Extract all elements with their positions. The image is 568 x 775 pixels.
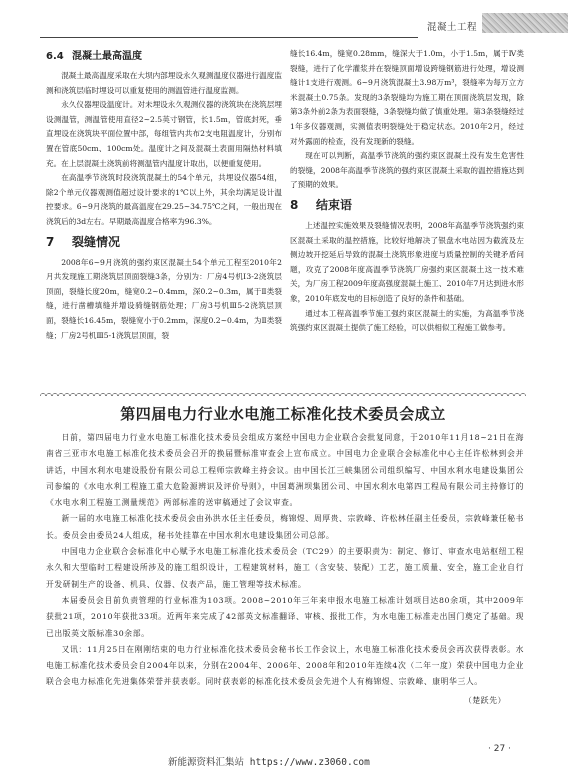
section-heading-8: 8结束语 — [290, 197, 524, 213]
right-column: 缝长16.4m，缝宽0.28mm，缝深大于1.0m，小于1.5m，属于Ⅳ类裂缝，… — [290, 47, 524, 336]
paragraph: 上述温控实施效果及裂缝情况表明，2008年高温季节浇筑强约束区混凝土采取的温控措… — [290, 219, 524, 307]
news-title: 第四届电力行业水电施工标准化技术委员会成立 — [40, 403, 526, 424]
news-paragraph: 日前，第四届电力行业水电施工标准化技术委员会组成方案经中国电力企业联合会批复同意… — [46, 430, 524, 511]
section-heading-7: 7裂缝情况 — [46, 234, 282, 250]
footer-watermark: 新能源资料汇集站 https://www.z3060.com — [168, 754, 370, 768]
decorative-wavy-divider — [40, 390, 526, 396]
news-paragraph: 又讯：11月25日在刚刚结束的电力行业标准化技术委员会秘书长工作会议上，水电施工… — [46, 642, 524, 691]
paragraph-continued: 缝长16.4m，缝宽0.28mm，缝深大于1.0m，小于1.5m，属于Ⅳ类裂缝，… — [290, 47, 524, 149]
paragraph: 现在可以判断，高温季节浇筑的强约束区混凝土没有发生危害性的裂缝，2008年高温季… — [290, 149, 524, 193]
news-paragraph: 中国电力企业联合会标准化中心赋予水电施工标准化技术委员会（TC29）的主要职责为… — [46, 544, 524, 593]
left-column: 6.4混凝土最高温度 混凝土最高温度采取在大坝内部埋设永久观测温度仪器进行温度监… — [46, 47, 282, 343]
news-body: 日前，第四届电力行业水电施工标准化技术委员会组成方案经中国电力企业联合会批复同意… — [46, 430, 524, 709]
paragraph: 2008年6~9月浇筑的强约束区混凝土54个单元工程至2010年2月共发现施工期… — [46, 256, 282, 344]
page-number: · 27 · — [488, 744, 511, 754]
paragraph: 在高温季节浇筑时段浇筑混凝土的54个单元，共埋设仪器54组，除2个单元仪器观测值… — [46, 171, 282, 229]
news-paragraph: 新一届的水电施工标准化技术委员会由孙洪水任主任委员，梅锦煜、周厚贵、宗敦峰、许松… — [46, 511, 524, 544]
paragraph: 通过本工程高温季节施工强约束区混凝土的实施，为高温季节浇筑强约束区混凝土提供了施… — [290, 307, 524, 336]
paragraph: 混凝土最高温度采取在大坝内部埋设永久观测温度仪器进行温度监测和浇筑层临时埋设可以… — [46, 69, 282, 98]
header-rule — [40, 37, 418, 38]
running-header-section: 混凝土工程 — [427, 19, 477, 33]
paragraph: 永久仪器埋设温度计。对未埋设永久观测仪器的浇筑块在浇筑层埋设测温管，测温管使用直… — [46, 98, 282, 171]
news-byline: （楚跃先） — [46, 693, 524, 709]
news-paragraph: 本届委员会目前负责管理的行业标准为103项。2008~2010年三年来申报水电施… — [46, 593, 524, 642]
section-heading-6-4: 6.4混凝土最高温度 — [46, 49, 282, 65]
header-decorative-block — [482, 13, 568, 33]
